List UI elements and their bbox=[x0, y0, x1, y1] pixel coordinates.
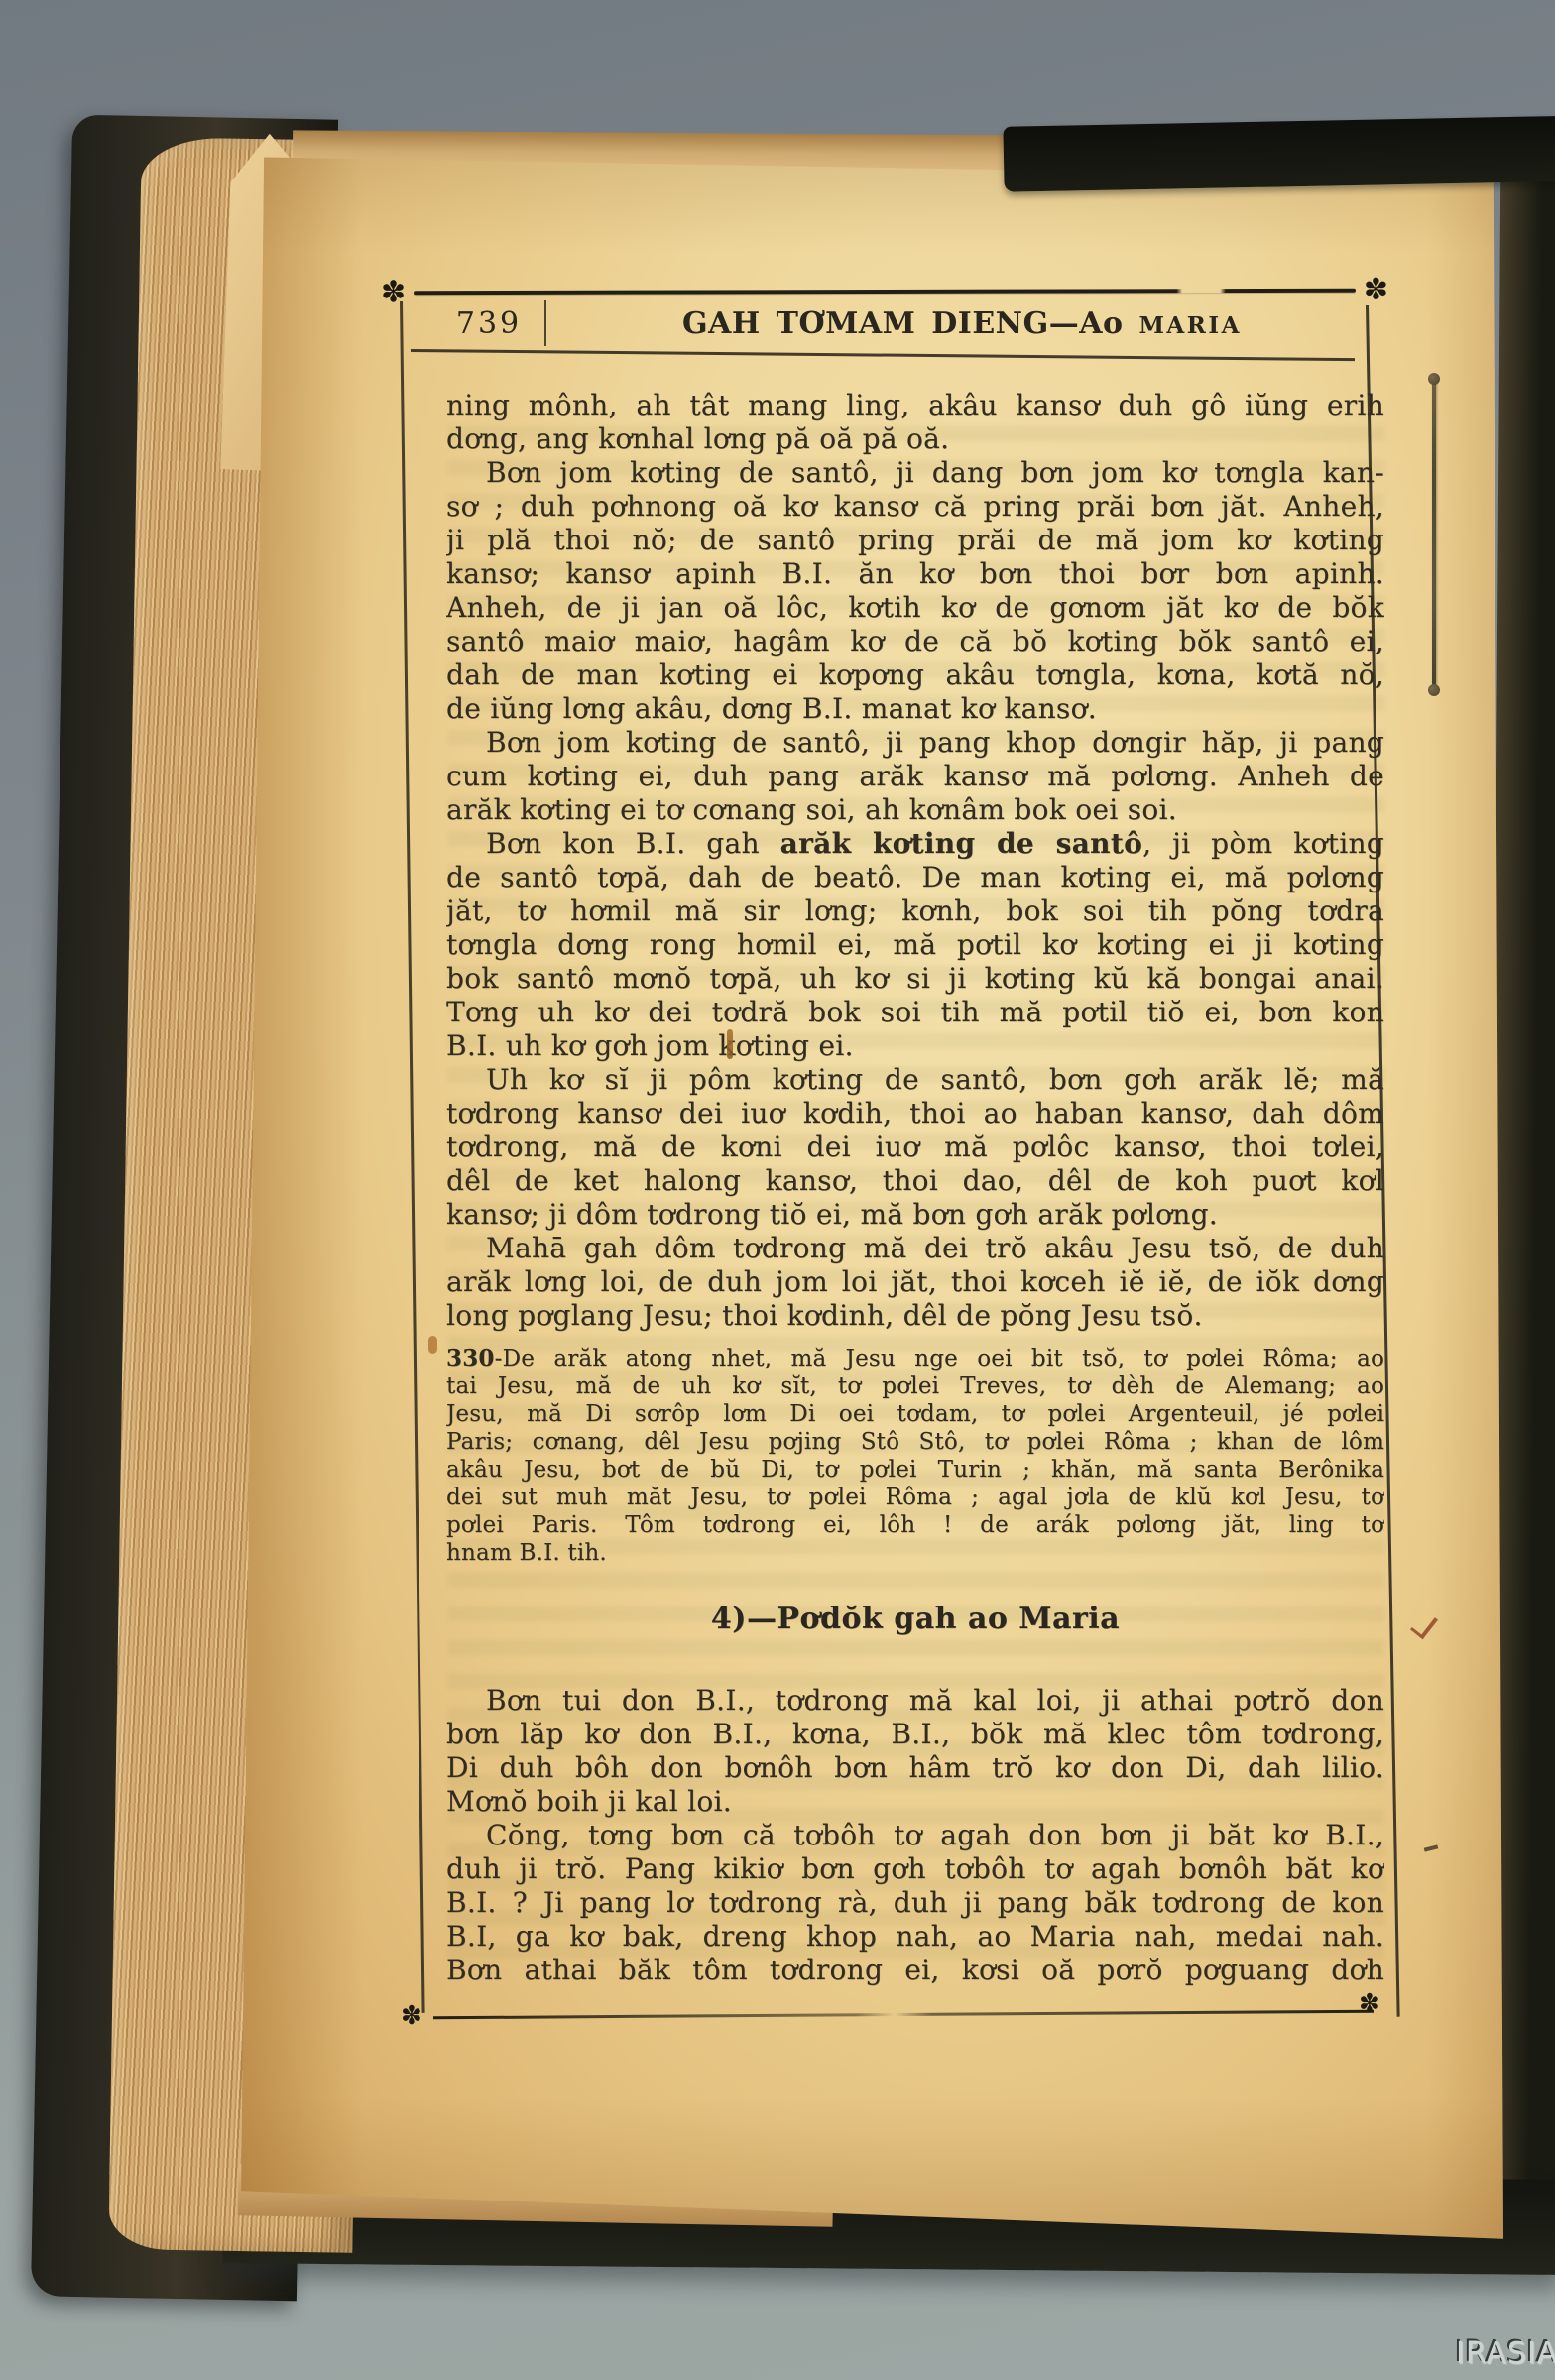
paragraph: Bơn jom kơting de santô, ji pang khop dơ… bbox=[446, 726, 1384, 827]
page-text-column: ning mônh, ah tât mang ling, akâu kansơ … bbox=[446, 389, 1384, 1987]
text-line: dêl de ket halong kansơ, thoi dao, dêl d… bbox=[446, 1164, 1384, 1198]
text-line: sơ ; duh pơhnong oă kơ kansơ că pring pr… bbox=[446, 490, 1384, 524]
body-text: ning mônh, ah tât mang ling, akâu kansơ … bbox=[446, 389, 1384, 1333]
text-line: duh ji trŏ. Pang kikiơ bơn gơh tơbôh tơ … bbox=[446, 1852, 1384, 1886]
text-line: ji plă thoi nŏ; de santô pring prăi de m… bbox=[446, 524, 1384, 557]
running-title: GAH TƠMAM DIENG—Ao MARIA bbox=[546, 306, 1377, 341]
text-line: dei sut muh măt Jesu, tơ pơlei Rôma ; ag… bbox=[446, 1484, 1384, 1511]
paragraph: ning mônh, ah tât mang ling, akâu kansơ … bbox=[446, 389, 1384, 456]
text-line: Bơn jom kơting de santô, ji pang khop dơ… bbox=[446, 726, 1384, 760]
paragraph: Mahā gah dôm tơdrong mă dei trŏ akâu Jes… bbox=[446, 1232, 1384, 1333]
text-line: Di duh bôh don bơnôh bơn hâm trŏ kơ don … bbox=[446, 1751, 1384, 1785]
text-line: Uh kơ sĭ ji pôm kơting de santô, bơn gơh… bbox=[446, 1063, 1384, 1097]
text-line: de iŭng lơng akâu, dơng B.I. manat kơ ka… bbox=[446, 692, 1384, 726]
section-heading: 4)—Pơdŏk gah ao Maria bbox=[446, 1601, 1384, 1638]
paragraph: Uh kơ sĭ ji pôm kơting de santô, bơn gơh… bbox=[446, 1063, 1384, 1232]
text-line: arăk lơng loi, de duh jom loi jăt, thoi … bbox=[446, 1265, 1384, 1299]
text-line: kansơ; kansơ apinh B.I. ăn kơ bơn thoi b… bbox=[446, 557, 1384, 591]
running-header: 739 GAH TƠMAM DIENG—Ao MARIA bbox=[433, 297, 1377, 350]
page-number: 739 bbox=[433, 306, 544, 341]
text-line: dơng, ang kơnhal lơng pă oă pă oă. bbox=[446, 422, 1384, 456]
paragraph: Bơn tui don B.I., tơdrong mă kal loi, ji… bbox=[446, 1684, 1384, 1819]
footnote-block: 330-De arăk atong nhet, mă Jesu nge oei … bbox=[446, 1345, 1384, 1567]
ink-stain bbox=[727, 1029, 733, 1059]
text-line: B.I. ? Ji pang lơ tơdrong rà, duh ji pan… bbox=[446, 1886, 1384, 1920]
paragraph: Bơn kon B.I. gah arăk kơting de santô, j… bbox=[446, 827, 1384, 1063]
section-text: Bơn tui don B.I., tơdrong mă kal loi, ji… bbox=[446, 1684, 1384, 1987]
text-line: akâu Jesu, bơt de bŭ Di, tơ pơlei Turin … bbox=[446, 1456, 1384, 1484]
top-rule-line bbox=[414, 289, 1356, 295]
scanned-book-photo: ✽ ✽ 739 GAH TƠMAM DIENG—Ao MARIA ✽ ✽ nin… bbox=[0, 0, 1555, 2380]
text-line: hnam B.I. tih. bbox=[446, 1539, 1384, 1567]
text-line: Bơn kon B.I. gah arăk kơting de santô, j… bbox=[446, 827, 1384, 861]
text-line: tơdrong kansơ dei iuơ kơdih, thoi ao hab… bbox=[446, 1097, 1384, 1130]
paragraph: Bơn jom kơting de santô, ji dang bơn jom… bbox=[446, 456, 1384, 726]
paragraph: 330-De arăk atong nhet, mă Jesu nge oei … bbox=[446, 1345, 1384, 1567]
text-line: Bơn athai băk tôm tơdrong ei, kơsi oă pơ… bbox=[446, 1954, 1384, 1987]
paper-stain bbox=[428, 1336, 437, 1354]
text-line: Tơng uh kơ dei tơdră bok soi tih mă pơti… bbox=[446, 996, 1384, 1029]
text-line: Mahā gah dôm tơdrong mă dei trŏ akâu Jes… bbox=[446, 1232, 1384, 1265]
paragraph: Cŏng, tơng bơn că tơbôh tơ agah don bơn … bbox=[446, 1819, 1384, 1987]
text-line: tơdrong, mă de kơni dei iuơ mă pơlôc kan… bbox=[446, 1130, 1384, 1164]
text-line: Anheh, de ji jan oă lôc, kơtih kơ de gơn… bbox=[446, 591, 1384, 625]
text-line: Jesu, mă Di sơrôp lơm Di oei tơdam, tơ p… bbox=[446, 1400, 1384, 1428]
running-title-main: GAH TƠMAM DIENG—Ao bbox=[682, 306, 1124, 341]
rosette-ornament-bottom-left: ✽ bbox=[401, 2003, 422, 2029]
text-line: jăt, tơ hơmil mă sir lơng; kơnh, bok soi… bbox=[446, 894, 1384, 928]
text-line: de santô tơpă, dah de beatô. De man kơti… bbox=[446, 861, 1384, 894]
text-line: kansơ; ji dôm tơdrong tiŏ ei, mă bơn gơh… bbox=[446, 1198, 1384, 1232]
text-line: long pơglang Jesu; thoi kơdinh, dêl de p… bbox=[446, 1299, 1384, 1333]
text-line: ning mônh, ah tât mang ling, akâu kansơ … bbox=[446, 389, 1384, 422]
running-title-small: MARIA bbox=[1138, 312, 1242, 339]
text-line: Bơn jom kơting de santô, ji dang bơn jom… bbox=[446, 456, 1384, 490]
text-line: B.I. uh kơ gơh jom kơting ei. bbox=[446, 1029, 1384, 1063]
text-line: tai Jesu, mă de uh kơ sĭt, tơ pơlei Trev… bbox=[446, 1372, 1384, 1400]
book-cover-top-right bbox=[1003, 115, 1555, 192]
text-line: cum kơting ei, duh pang arăk kansơ mă pơ… bbox=[446, 760, 1384, 793]
text-line: Paris; cơnang, dêl Jesu pơjing Stô Stô, … bbox=[446, 1428, 1384, 1456]
binding-thread bbox=[1432, 377, 1436, 692]
text-line: dah de man kơting ei kơpơng akâu tơngla,… bbox=[446, 658, 1384, 692]
text-line: bơn lăp kơ don B.I., kơna, B.I., bŏk mă … bbox=[446, 1718, 1384, 1751]
text-line: arăk kơting ei tơ cơnang soi, ah kơnâm b… bbox=[446, 793, 1384, 827]
rosette-ornament-bottom-right: ✽ bbox=[1359, 1991, 1380, 2017]
text-line: santô maiơ maiơ, hagâm kơ de că bŏ kơtin… bbox=[446, 625, 1384, 658]
text-line: bok santô mơnŏ tơpă, uh kơ si ji kơting … bbox=[446, 962, 1384, 996]
text-line: tơngla dơng rong hơmil ei, mă pơtil kơ k… bbox=[446, 928, 1384, 962]
scanner-watermark: IRASIA bbox=[1456, 2336, 1555, 2371]
text-line: Bơn tui don B.I., tơdrong mă kal loi, ji… bbox=[446, 1684, 1384, 1718]
text-line: 330-De arăk atong nhet, mă Jesu nge oei … bbox=[446, 1345, 1384, 1372]
text-line: pơlei Paris. Tôm tơdrong ei, lôh ! de ar… bbox=[446, 1511, 1384, 1539]
text-line: B.I, ga kơ bak, dreng khop nah, ao Maria… bbox=[446, 1920, 1384, 1954]
text-line: Cŏng, tơng bơn că tơbôh tơ agah don bơn … bbox=[446, 1819, 1384, 1852]
text-line: Mơnŏ boih ji kal loi. bbox=[446, 1785, 1384, 1819]
